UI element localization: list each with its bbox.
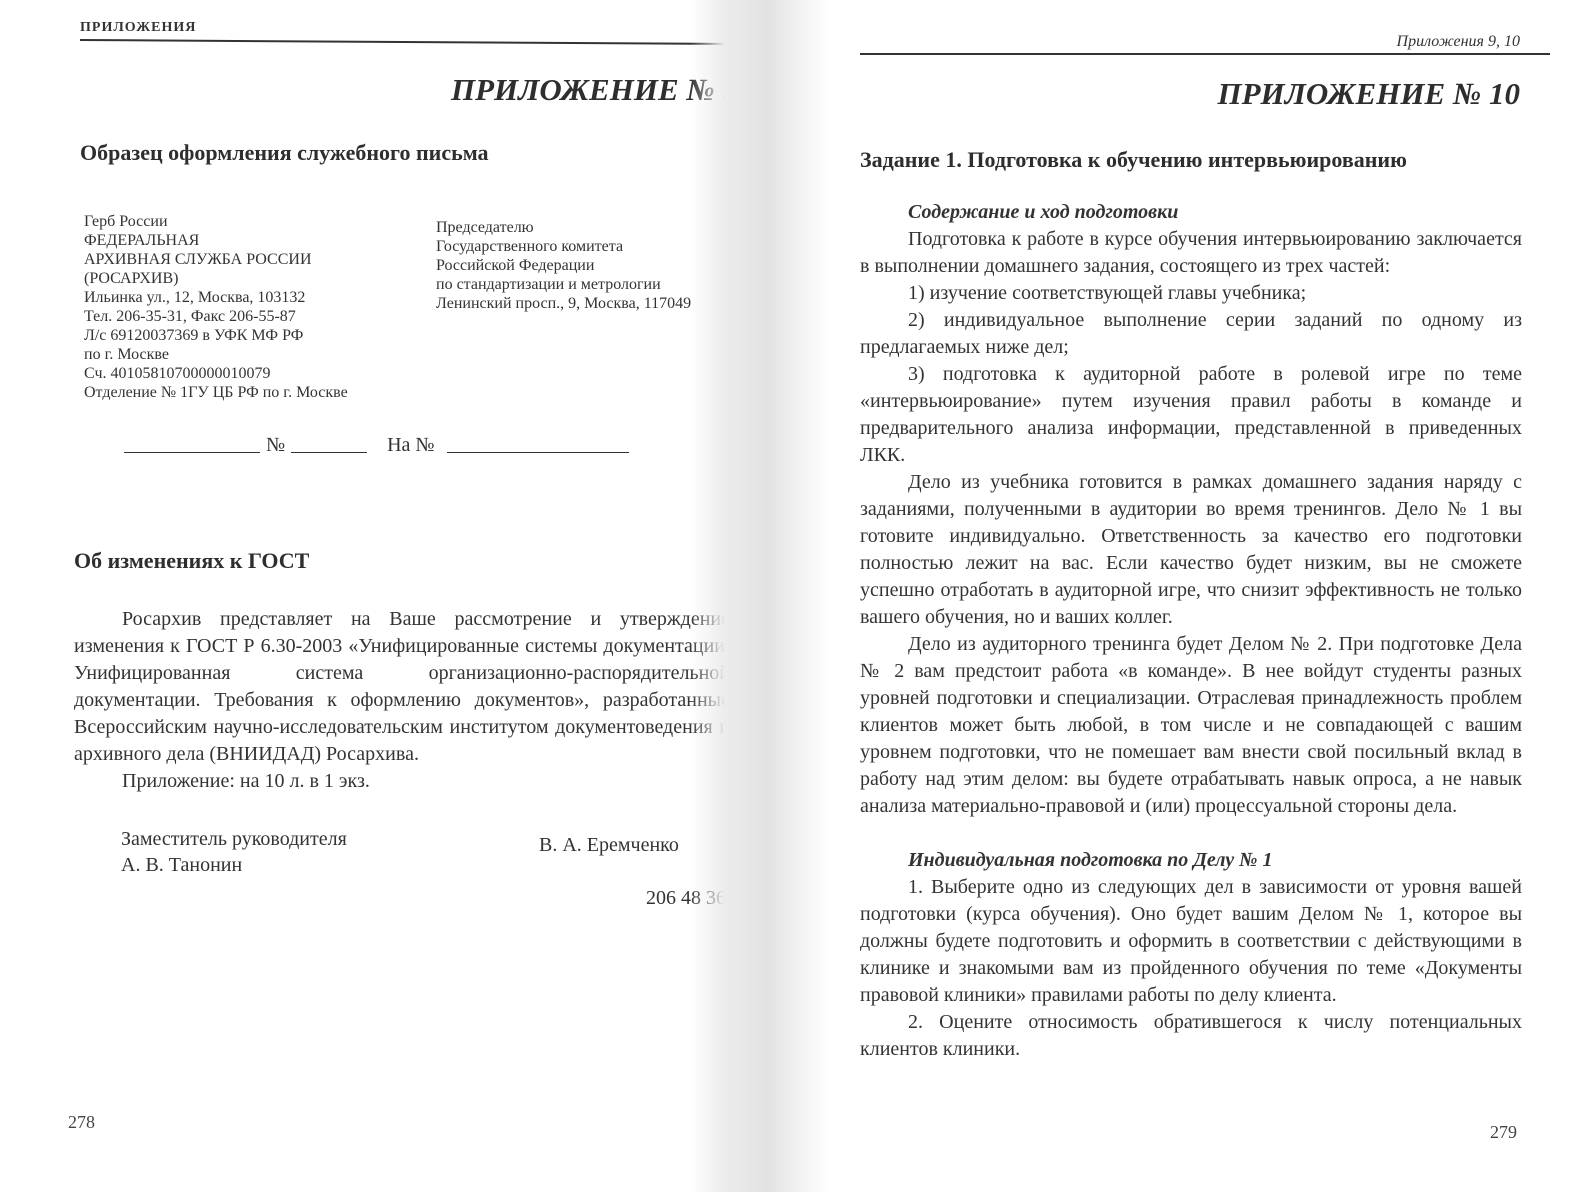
- registration-line: № На №: [124, 434, 629, 457]
- date-blank: [124, 451, 260, 453]
- sender-line: Л/с 69120037369 в УФК МФ РФ: [84, 326, 348, 345]
- page-number: 279: [1490, 1122, 1517, 1143]
- signatory-position: Заместитель руководителя: [121, 826, 347, 852]
- section-title: Задание 1. Подготовка к обучению интервь…: [860, 147, 1407, 173]
- executor-name: А. В. Танонин: [121, 852, 242, 878]
- sender-line: Тел. 206-35-31, Факс 206-55-87: [84, 307, 348, 326]
- signatory-name: В. А. Еремченко: [539, 832, 679, 858]
- list-item: 2) индивидуальное выполнение серии задан…: [860, 307, 1522, 361]
- paragraph: Дело из аудиторного тренинга будет Делом…: [860, 631, 1522, 820]
- number-label: №: [266, 434, 285, 457]
- subheading: Содержание и ход подготовки: [860, 199, 1522, 226]
- left-page: ПРИЛОЖЕНИЯ ПРИЛОЖЕНИЕ № 9 Образец оформл…: [0, 0, 760, 1192]
- section-title: Образец оформления служебного письма: [80, 140, 489, 166]
- sender-line: ФЕДЕРАЛЬНАЯ: [84, 231, 348, 250]
- list-item: 1. Выберите одно из следующих дел в зави…: [860, 874, 1522, 1009]
- section-body: Содержание и ход подготовки Подготовка к…: [860, 199, 1522, 1063]
- recipient-line: Российской Федерации: [436, 256, 691, 275]
- recipient-block: Председателю Государственного комитета Р…: [436, 218, 691, 313]
- attachment-note: Приложение: на 10 л. в 1 экз.: [74, 768, 730, 795]
- letter-title: Об изменениях к ГОСТ: [74, 548, 309, 574]
- recipient-line: Председателю: [436, 218, 691, 237]
- recipient-line: Государственного комитета: [436, 237, 691, 256]
- recipient-line: по стандартизации и метрологии: [436, 275, 691, 294]
- subheading: Индивидуальная подготовка по Делу № 1: [860, 847, 1522, 874]
- running-header-right: Приложения 9, 10: [1397, 33, 1520, 51]
- sender-line: по г. Москве: [84, 345, 348, 364]
- right-page: Приложения 9, 10 ПРИЛОЖЕНИЕ № 10 Задание…: [830, 0, 1573, 1192]
- book-spread: ПРИЛОЖЕНИЯ ПРИЛОЖЕНИЕ № 9 Образец оформл…: [0, 0, 1573, 1192]
- sender-line: (РОСАРХИВ): [84, 269, 348, 288]
- letter-body: Росархив представляет на Ваше рассмотрен…: [74, 606, 730, 795]
- reply-number-blank: [447, 451, 629, 453]
- sender-line: АРХИВНАЯ СЛУЖБА РОССИИ: [84, 250, 348, 269]
- running-header-left: ПРИЛОЖЕНИЯ: [80, 20, 196, 36]
- page-number: 278: [68, 1112, 95, 1133]
- header-rule: [80, 39, 740, 45]
- list-item: 3) подготовка к аудиторной работе в роле…: [860, 361, 1522, 469]
- number-blank: [291, 451, 367, 453]
- sender-block: Герб России ФЕДЕРАЛЬНАЯ АРХИВНАЯ СЛУЖБА …: [84, 212, 348, 402]
- reply-label: На №: [387, 434, 434, 457]
- list-item: 1) изучение соответствующей главы учебни…: [860, 280, 1522, 307]
- sender-line: Ильинка ул., 12, Москва, 103132: [84, 288, 348, 307]
- appendix-title: ПРИЛОЖЕНИЕ № 10: [1217, 76, 1520, 112]
- letter-paragraph: Росархив представляет на Ваше рассмотрен…: [74, 606, 730, 768]
- list-item: 2. Оцените относимость обратившегося к ч…: [860, 1009, 1522, 1063]
- sender-line: Отделение № 1ГУ ЦБ РФ по г. Москве: [84, 383, 348, 402]
- sender-line: Герб России: [84, 212, 348, 231]
- header-rule: [860, 53, 1550, 55]
- recipient-line: Ленинский просп., 9, Москва, 117049: [436, 294, 691, 313]
- book-gutter-shadow: [690, 0, 830, 1192]
- paragraph: Подготовка к работе в курсе обучения инт…: [860, 226, 1522, 280]
- paragraph: Дело из учебника готовится в рамках дома…: [860, 469, 1522, 631]
- sender-line: Сч. 40105810700000010079: [84, 364, 348, 383]
